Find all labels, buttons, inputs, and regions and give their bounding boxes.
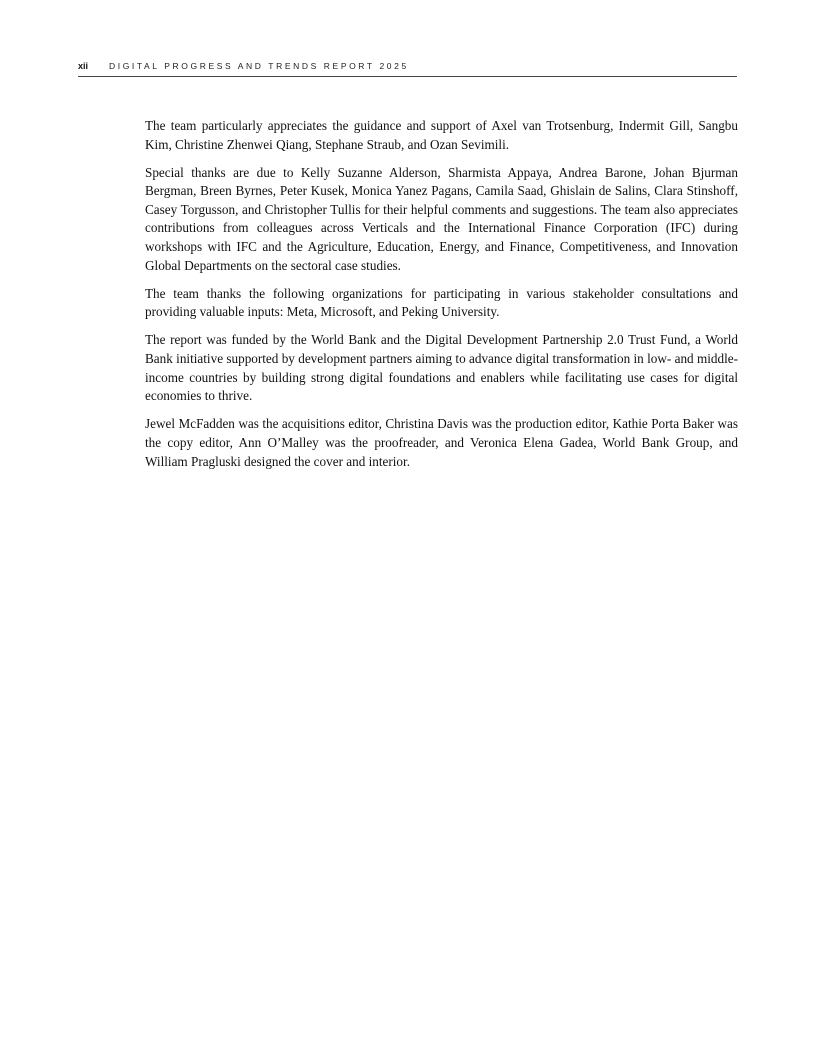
acknowledgments-body: The team particularly appreciates the gu… (145, 117, 738, 481)
paragraph-guidance: The team particularly appreciates the gu… (145, 117, 738, 154)
paragraph-editors: Jewel McFadden was the acquisitions edit… (145, 415, 738, 471)
page-number: xii (78, 60, 88, 72)
paragraph-funding: The report was funded by the World Bank … (145, 331, 738, 405)
paragraph-organizations: The team thanks the following organizati… (145, 285, 738, 322)
report-title: DIGITAL PROGRESS AND TRENDS REPORT 2025 (109, 60, 409, 72)
paragraph-special-thanks: Special thanks are due to Kelly Suzanne … (145, 164, 738, 276)
running-header: xii DIGITAL PROGRESS AND TRENDS REPORT 2… (78, 60, 737, 77)
